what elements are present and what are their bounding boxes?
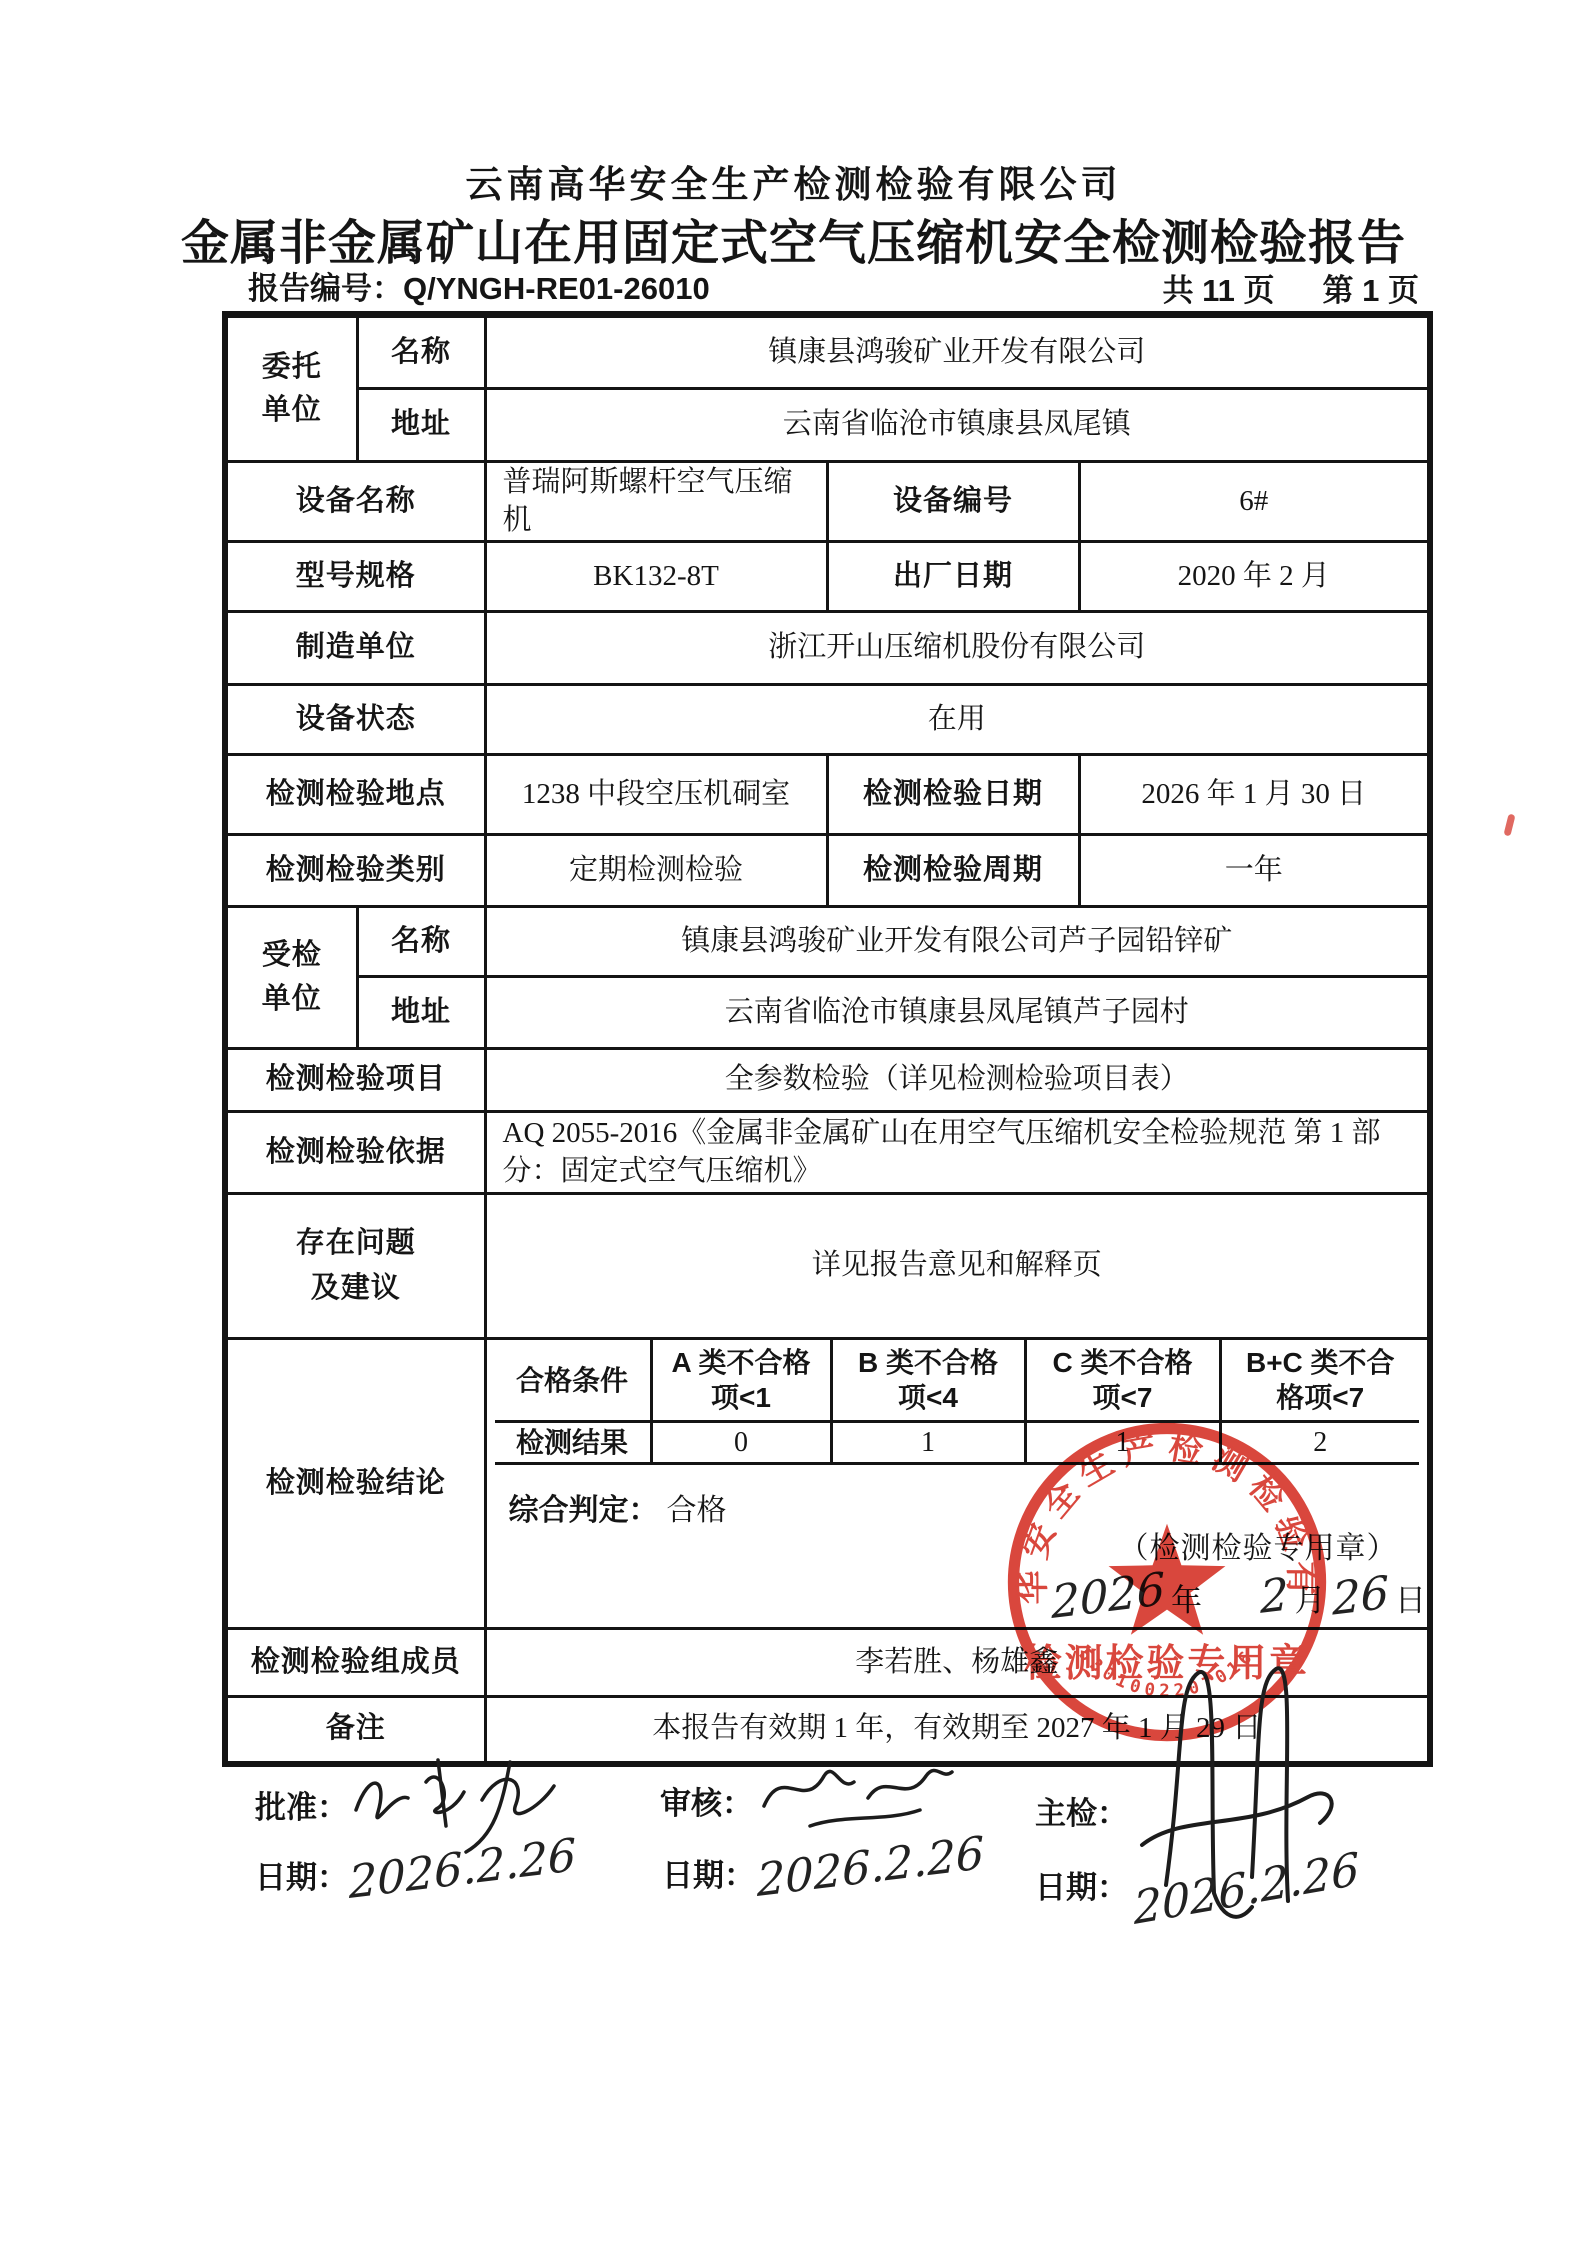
approve-label: 批准： xyxy=(255,1782,348,1827)
table-row: 设备状态 在用 xyxy=(225,685,1430,755)
inspected-address-label: 地址 xyxy=(357,977,485,1049)
report-number-label: 报告编号： xyxy=(248,271,403,306)
inspected-address-value: 云南省临沧市镇康县凤尾镇芦子园村 xyxy=(485,977,1430,1049)
table-row: 地址 云南省临沧市镇康县凤尾镇 xyxy=(225,389,1430,462)
problems-value: 详见报告意见和解释页 xyxy=(485,1194,1430,1339)
current-page: 第 1 页 xyxy=(1323,273,1419,308)
table-row: 检测检验项目 全参数检验（详见检测检验项目表） xyxy=(225,1049,1430,1112)
device-name-value: 普瑞阿斯螺杆空气压缩机 xyxy=(485,462,827,542)
mfg-date-label: 出厂日期 xyxy=(827,542,1079,612)
day-unit: 日 xyxy=(1395,1583,1426,1618)
client-address-value: 云南省临沧市镇康县凤尾镇 xyxy=(485,389,1430,462)
report-title: 金属非金属矿山在用固定式空气压缩机安全检测检验报告 xyxy=(0,204,1587,273)
device-no-value: 6# xyxy=(1079,462,1430,542)
client-name-value: 镇康县鸿骏矿业开发有限公司 xyxy=(485,315,1430,389)
client-address-label: 地址 xyxy=(357,389,485,462)
client-name-label: 名称 xyxy=(357,315,485,389)
inspection-cycle-value: 一年 xyxy=(1079,835,1430,907)
inspection-date-label: 检测检验日期 xyxy=(827,755,1079,835)
review-date-value: 2026.2.26 xyxy=(756,1840,985,1893)
basis-label: 检测检验依据 xyxy=(225,1112,485,1194)
table-row: 制造单位 浙江开山压缩机股份有限公司 xyxy=(225,612,1430,685)
condition-label: 合格条件 xyxy=(495,1340,653,1423)
approve-date-label: 日期： xyxy=(255,1852,348,1897)
report-number-value: Q/YNGH-RE01-26010 xyxy=(403,271,710,306)
inspected-name-value: 镇康县鸿骏矿业开发有限公司芦子园铅锌矿 xyxy=(485,907,1430,977)
conclusion-label: 检测检验结论 xyxy=(225,1339,485,1629)
basis-value: AQ 2055-2016《金属非金属矿山在用空气压缩机安全检验规范 第 1 部分… xyxy=(485,1112,1430,1194)
red-ink-mark xyxy=(1503,813,1515,836)
table-row: 型号规格 BK132-8T 出厂日期 2020 年 2 月 xyxy=(225,542,1430,612)
approve-date-value: 2026.2.26 xyxy=(348,1842,577,1895)
table-row: 检测检验地点 1238 中段空压机硐室 检测检验日期 2026 年 1 月 30… xyxy=(225,755,1430,835)
report-page: 云南高华安全生产检测检验有限公司 金属非金属矿山在用固定式空气压缩机安全检测检验… xyxy=(0,0,1587,2244)
inspection-type-label: 检测检验类别 xyxy=(225,835,485,907)
status-value: 在用 xyxy=(485,685,1430,755)
review-label: 审核： xyxy=(660,1778,753,1823)
company-name: 云南高华安全生产检测检验有限公司 xyxy=(0,154,1587,208)
table-row: 存在问题及建议 详见报告意见和解释页 xyxy=(225,1194,1430,1339)
verdict-line: 综合判定：合格 xyxy=(509,1491,727,1530)
chief-date-label: 日期： xyxy=(1035,1862,1128,1907)
chief-date-value: 2026.2.26 xyxy=(1132,1862,1361,1915)
client-group-label: 委托单位 xyxy=(225,315,357,462)
maker-label: 制造单位 xyxy=(225,612,485,685)
items-label: 检测检验项目 xyxy=(225,1049,485,1112)
table-row: 设备名称 普瑞阿斯螺杆空气压缩机 设备编号 6# xyxy=(225,462,1430,542)
table-row: 委托单位 名称 镇康县鸿骏矿业开发有限公司 xyxy=(225,315,1430,389)
table-row: 检测检验类别 定期检测检验 检测检验周期 一年 xyxy=(225,835,1430,907)
inspection-place-label: 检测检验地点 xyxy=(225,755,485,835)
criteria-a-header: A 类不合格项<1 xyxy=(653,1340,833,1423)
inspection-type-value: 定期检测检验 xyxy=(485,835,827,907)
report-number-line: 报告编号：Q/YNGH-RE01-26010 xyxy=(248,263,710,308)
pagination: 共 11 页第 1 页 xyxy=(1163,265,1419,310)
inspected-group-label: 受检单位 xyxy=(225,907,357,1049)
verdict-value: 合格 xyxy=(667,1494,727,1527)
status-label: 设备状态 xyxy=(225,685,485,755)
maker-value: 浙江开山压缩机股份有限公司 xyxy=(485,612,1430,685)
seal-star-icon xyxy=(1109,1524,1226,1635)
inspection-cycle-label: 检测检验周期 xyxy=(827,835,1079,907)
result-label: 检测结果 xyxy=(495,1423,653,1465)
model-value: BK132-8T xyxy=(485,542,827,612)
team-label: 检测检验组成员 xyxy=(225,1629,485,1697)
device-name-label: 设备名称 xyxy=(225,462,485,542)
items-value: 全参数检验（详见检测检验项目表） xyxy=(485,1049,1430,1112)
model-label: 型号规格 xyxy=(225,542,485,612)
table-row: 受检单位 名称 镇康县鸿骏矿业开发有限公司芦子园铅锌矿 xyxy=(225,907,1430,977)
table-row: 检测检验依据 AQ 2055-2016《金属非金属矿山在用空气压缩机安全检验规范… xyxy=(225,1112,1430,1194)
problems-label: 存在问题及建议 xyxy=(225,1194,485,1339)
review-date-label: 日期： xyxy=(662,1850,755,1895)
device-no-label: 设备编号 xyxy=(827,462,1079,542)
result-a-value: 0 xyxy=(653,1423,833,1465)
inspection-place-value: 1238 中段空压机硐室 xyxy=(485,755,827,835)
total-pages: 共 11 页 xyxy=(1163,273,1275,308)
inspected-name-label: 名称 xyxy=(357,907,485,977)
mfg-date-value: 2020 年 2 月 xyxy=(1079,542,1430,612)
inspection-date-value: 2026 年 1 月 30 日 xyxy=(1079,755,1430,835)
table-row: 地址 云南省临沧市镇康县凤尾镇芦子园村 xyxy=(225,977,1430,1049)
chief-label: 主检： xyxy=(1035,1788,1128,1833)
verdict-label: 综合判定： xyxy=(509,1494,659,1527)
